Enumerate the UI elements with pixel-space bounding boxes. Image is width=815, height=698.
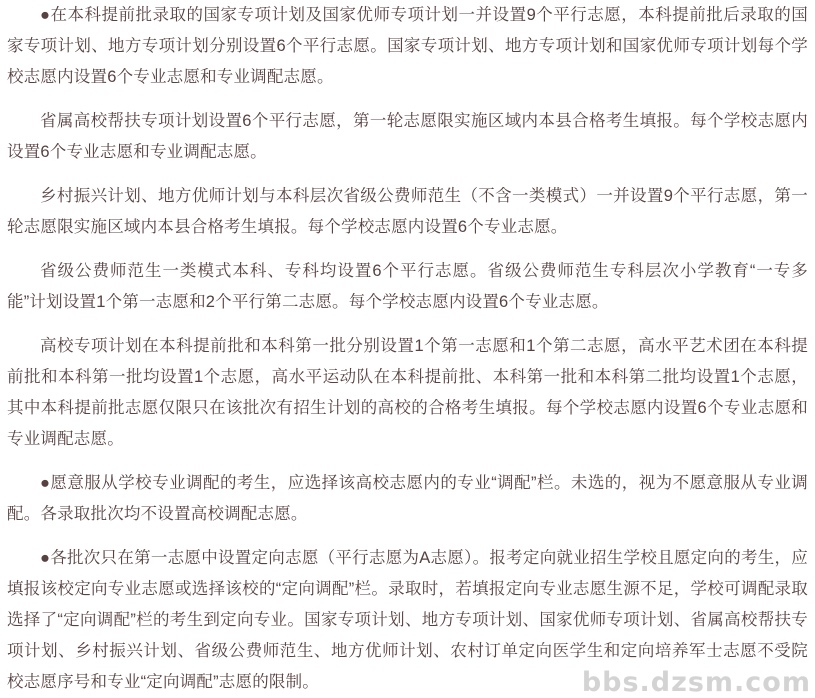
paragraph-directional-volunteers: ●各批次只在第一志愿中设置定向志愿（平行志愿为A志愿）。报考定向就业招生学校且愿… [7, 543, 808, 698]
paragraph-special-plan-volunteers: ●在本科提前批录取的国家专项计划及国家优师专项计划一并设置9个平行志愿，本科提前… [7, 0, 808, 93]
paragraph-major-adjustment: ●愿意服从学校专业调配的考生，应选择该高校志愿内的专业“调配”栏。未选的，视为不… [7, 468, 808, 530]
paragraph-provincial-assist-plan: 省属高校帮扶专项计划设置6个平行志愿，第一轮志愿限实施区域内本县合格考生填报。每… [7, 106, 808, 168]
policy-text-article: ●在本科提前批录取的国家专项计划及国家优师专项计划一并设置9个平行志愿，本科提前… [0, 0, 815, 698]
paragraph-public-funded-teachers: 省级公费师范生一类模式本科、专科均设置6个平行志愿。省级公费师范生专科层次小学教… [7, 256, 808, 318]
paragraph-university-special-plan: 高校专项计划在本科提前批和本科第一批分别设置1个第一志愿和1个第二志愿，高水平艺… [7, 331, 808, 455]
paragraph-rural-revitalization-plan: 乡村振兴计划、地方优师计划与本科层次省级公费师范生（不含一类模式）一并设置9个平… [7, 181, 808, 243]
